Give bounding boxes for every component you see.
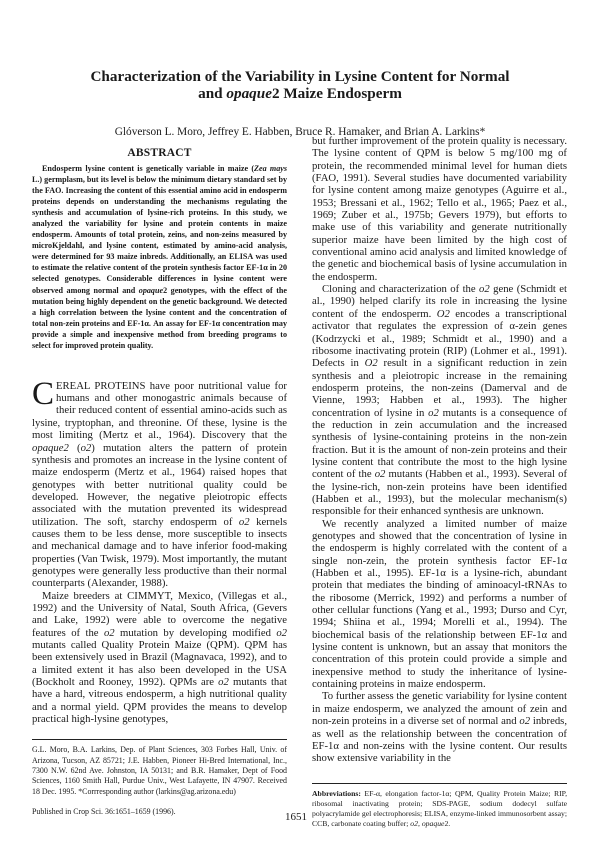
gene-name: o2 [218,676,229,688]
abbreviations-footnote: Abbreviations: EF-α, elongation factor-1… [312,789,567,830]
gene-name: opaque [422,819,445,828]
gene-name: o2 [81,442,92,454]
title-text: and [198,85,226,102]
gene-name: o2 [410,819,418,828]
species-name: Zea mays [254,164,287,173]
text-span: ( [69,442,81,454]
gene-name: o2 [375,468,386,480]
gene-name: O2 [365,357,378,369]
gene-name: o2 [519,715,530,727]
abstract-heading: ABSTRACT [32,147,287,160]
abstract-span: Endosperm lysine content is genetically … [42,164,254,173]
abstract-text: Endosperm lysine content is genetically … [32,163,287,351]
intro-paragraph-2: Maize breeders at CIMMYT, Mexico, (Ville… [32,590,287,726]
drop-cap: C [32,381,54,407]
intro-paragraph-6: To further assess the genetic variabilit… [312,690,567,764]
paper-title: Characterization of the Variability in L… [0,68,600,102]
page-number: 1651 [285,811,307,823]
gene-name: opaque [139,286,163,295]
intro-paragraph-5: We recently analyzed a limited number of… [312,518,567,691]
intro-paragraph-1: CEREAL PROTEINS have poor nutritional va… [32,380,287,590]
small-caps-lead: EREAL PROTEINS [56,380,145,392]
intro-paragraph-3: but further improvement of the protein q… [312,135,567,283]
text-span: mutation by developing modified [115,627,277,639]
title-line-1: Characterization of the Variability in L… [0,68,600,85]
text-span: Cloning and characterization of the [322,283,479,295]
gene-name: o2 [239,516,250,528]
left-column: ABSTRACT Endosperm lysine content is gen… [32,147,287,817]
gene-name: o2 [276,627,287,639]
gene-name: o2 [479,283,490,295]
title-italic: opaque [226,85,272,102]
publication-note: Published in Crop Sci. 36:1651–1659 (199… [32,807,287,817]
title-text: 2 Maize Endosperm [272,85,402,102]
abstract-span: L.) germplasm, but its level is below th… [32,175,287,294]
text-span: 2. [444,819,450,828]
gene-name: O2 [437,308,450,320]
intro-paragraph-4: Cloning and characterization of the o2 g… [312,283,567,518]
abbreviations-label: Abbreviations: [312,789,361,798]
footnote-divider [32,739,287,740]
gene-name: o2 [104,627,115,639]
abbreviations-divider [312,783,567,784]
abstract-span: 2 genotypes, with the effect of the muta… [32,286,287,350]
right-column: but further improvement of the protein q… [312,135,567,829]
title-line-2: and opaque2 Maize Endosperm [0,85,600,102]
affiliation-footnote: G.L. Moro, B.A. Larkins, Dep. of Plant S… [32,745,287,796]
gene-name: opaque2 [32,442,69,454]
gene-name: o2 [428,407,439,419]
